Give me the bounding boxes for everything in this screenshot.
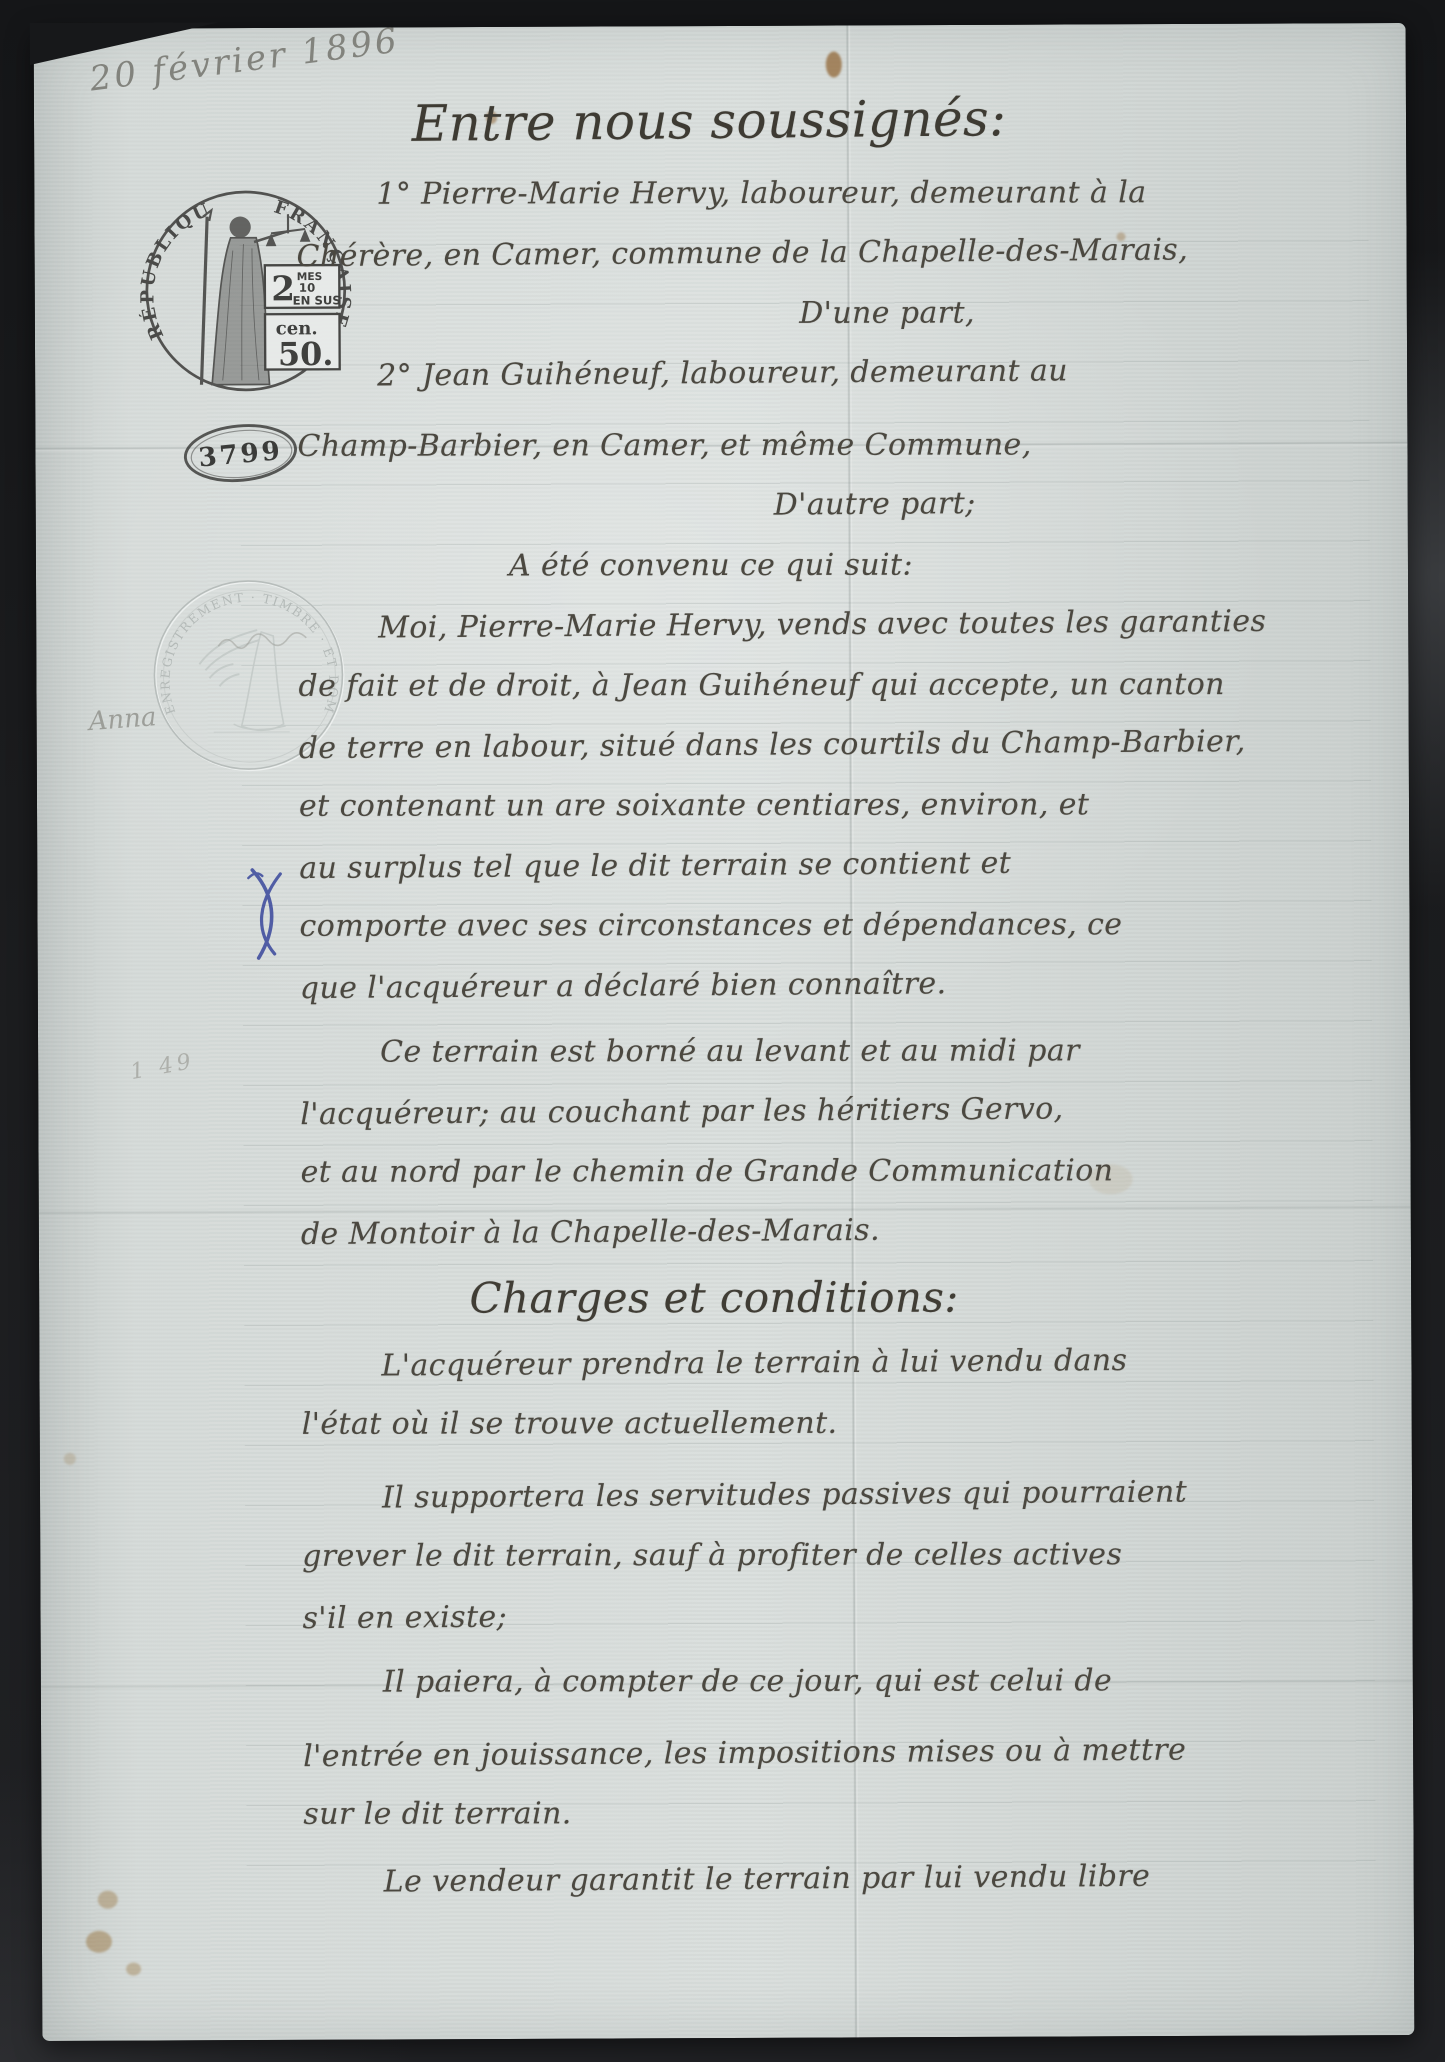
foxing-stain bbox=[64, 1453, 76, 1465]
document-line: de terre en labour, situé dans les court… bbox=[299, 713, 1125, 779]
manuscript-paper: 20 février 1896 RÉPUBLIQUE FRANÇAISE bbox=[34, 23, 1415, 2041]
document-line: et contenant un are soixante centiares, … bbox=[299, 775, 1125, 837]
document-line: s'il en existe; bbox=[302, 1583, 1128, 1649]
document-line: l'acquéreur; au couchant par les héritie… bbox=[300, 1079, 1126, 1145]
section-heading: Charges et conditions: bbox=[301, 1261, 1127, 1335]
foxing-stain bbox=[826, 51, 842, 77]
photo-of-document: { "photo": { "backdrop_color": "#1b1c1e"… bbox=[0, 0, 1445, 2062]
pencil-margin-word: Anna bbox=[88, 702, 158, 737]
document-line: comporte avec ses circonstances et dépen… bbox=[299, 895, 1125, 957]
document-line: de Montoir à la Chapelle-des-Marais. bbox=[301, 1199, 1127, 1265]
document-line: L'acquéreur prendra le terrain à lui ven… bbox=[301, 1331, 1127, 1397]
handwritten-text-block: Entre nous soussignés: 1° Pierre-Marie H… bbox=[296, 76, 1130, 1912]
foxing-stain bbox=[98, 1891, 118, 1909]
document-line: et au nord par le chemin de Grande Commu… bbox=[301, 1141, 1127, 1203]
serial-number-handstamp: 3799 bbox=[175, 412, 307, 493]
document-line: au surplus tel que le dit terrain se con… bbox=[299, 833, 1125, 899]
document-line: l'état où il se trouve actuellement. bbox=[302, 1393, 1128, 1455]
document-line: l'entrée en jouissance, les impositions … bbox=[303, 1721, 1129, 1787]
document-line: D'une part, bbox=[297, 283, 1123, 345]
pencil-scribble bbox=[214, 626, 310, 656]
foxing-stain bbox=[86, 1931, 112, 1953]
document-line: Moi, Pierre-Marie Hervy, vends avec tout… bbox=[298, 593, 1124, 659]
document-line: de fait et de droit, à Jean Guihéneuf qu… bbox=[298, 655, 1124, 717]
serial-number-text: 3799 bbox=[197, 435, 284, 474]
document-line: A été convenu ce qui suit: bbox=[298, 535, 1124, 597]
document-title: Entre nous soussignés: bbox=[296, 74, 1123, 168]
document-line: que l'acquéreur a déclaré bien connaître… bbox=[300, 953, 1126, 1019]
document-line: Chérère, en Camer, commune de la Chapell… bbox=[296, 221, 1122, 287]
document-line: grever le dit terrain, sauf à profiter d… bbox=[302, 1525, 1128, 1587]
document-line: 1° Pierre-Marie Hervy, laboureur, demeur… bbox=[296, 163, 1122, 225]
document-line: Champ-Barbier, en Camer, et même Commune… bbox=[297, 415, 1123, 477]
svg-text:2: 2 bbox=[271, 269, 295, 309]
blue-ink-cross-mark bbox=[240, 864, 296, 964]
document-line: D'autre part; bbox=[297, 473, 1123, 539]
foxing-stain bbox=[126, 1963, 141, 1976]
pencil-margin-number: 1 49 bbox=[128, 1049, 196, 1085]
document-line: Le vendeur garantit le terrain par lui v… bbox=[303, 1847, 1129, 1913]
document-line: Il supportera les servitudes passives qu… bbox=[302, 1463, 1128, 1529]
document-line: Ce terrain est borné au levant et au mid… bbox=[300, 1021, 1126, 1083]
document-line: sur le dit terrain. bbox=[303, 1783, 1129, 1845]
document-line: Il paiera, à compter de ce jour, qui est… bbox=[303, 1651, 1129, 1713]
document-line: 2° Jean Guihéneuf, laboureur, demeurant … bbox=[297, 341, 1123, 407]
